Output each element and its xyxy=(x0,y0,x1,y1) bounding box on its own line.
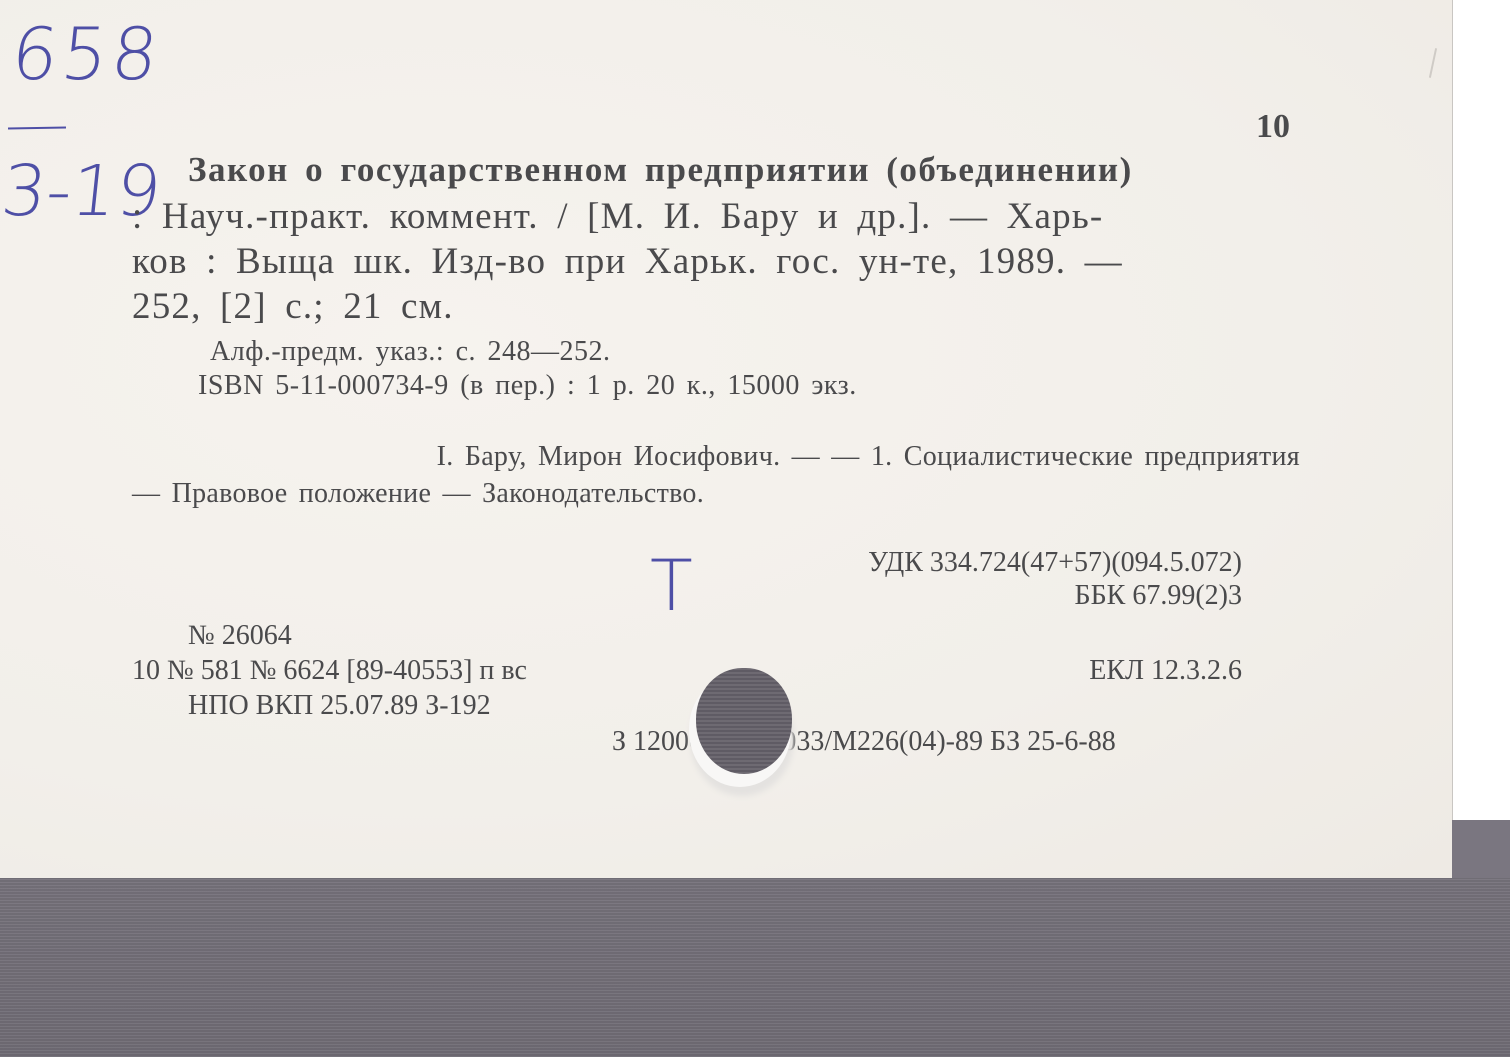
handwritten-shelf-number: 658 xyxy=(8,12,166,96)
tracing-line: — Правовое положение — Законодательство. xyxy=(132,478,704,510)
scanner-background xyxy=(1452,820,1510,880)
price-code: З 1200000000-033/М226(04)-89 БЗ 25-6-88 xyxy=(612,726,1116,758)
isbn-note: ISBN 5-11-000734-9 (в пер.) : 1 р. 20 к.… xyxy=(198,370,857,402)
pencil-mark xyxy=(1429,48,1437,78)
udc-code: УДК 334.724(47+57)(094.5.072) xyxy=(868,547,1242,579)
description-line: 252, [2] с.; 21 см. xyxy=(132,285,454,328)
record-number: НПО ВКП 25.07.89 З-192 xyxy=(188,690,491,722)
handwritten-mark: T xyxy=(650,545,693,627)
book-title: Закон о государственном предприятии (объ… xyxy=(188,150,1133,190)
scanner-margin xyxy=(1452,0,1510,878)
description-line: ков : Выща шк. Изд-во при Харьк. гос. ун… xyxy=(132,240,1123,283)
description-line: : Науч.-практ. коммент. / [М. И. Бару и … xyxy=(132,195,1103,238)
index-note: Алф.-предм. указ.: с. 248—252. xyxy=(210,336,611,368)
card-number: 10 xyxy=(1256,108,1290,146)
ekl-code: ЕКЛ 12.3.2.6 xyxy=(1089,655,1242,687)
punch-hole xyxy=(696,668,792,774)
handwritten-divider xyxy=(8,126,66,129)
scanner-background xyxy=(0,878,1510,1057)
record-number: № 26064 xyxy=(188,620,292,652)
tracing-line: I. Бару, Мирон Иосифович. — — 1. Социали… xyxy=(182,441,1300,473)
bbk-code: ББК 67.99(2)3 xyxy=(1075,580,1242,612)
record-number: 10 № 581 № 6624 [89-40553] п вс xyxy=(132,655,527,687)
catalog-card: 658 3-19 10 Закон о государственном пред… xyxy=(0,0,1452,882)
